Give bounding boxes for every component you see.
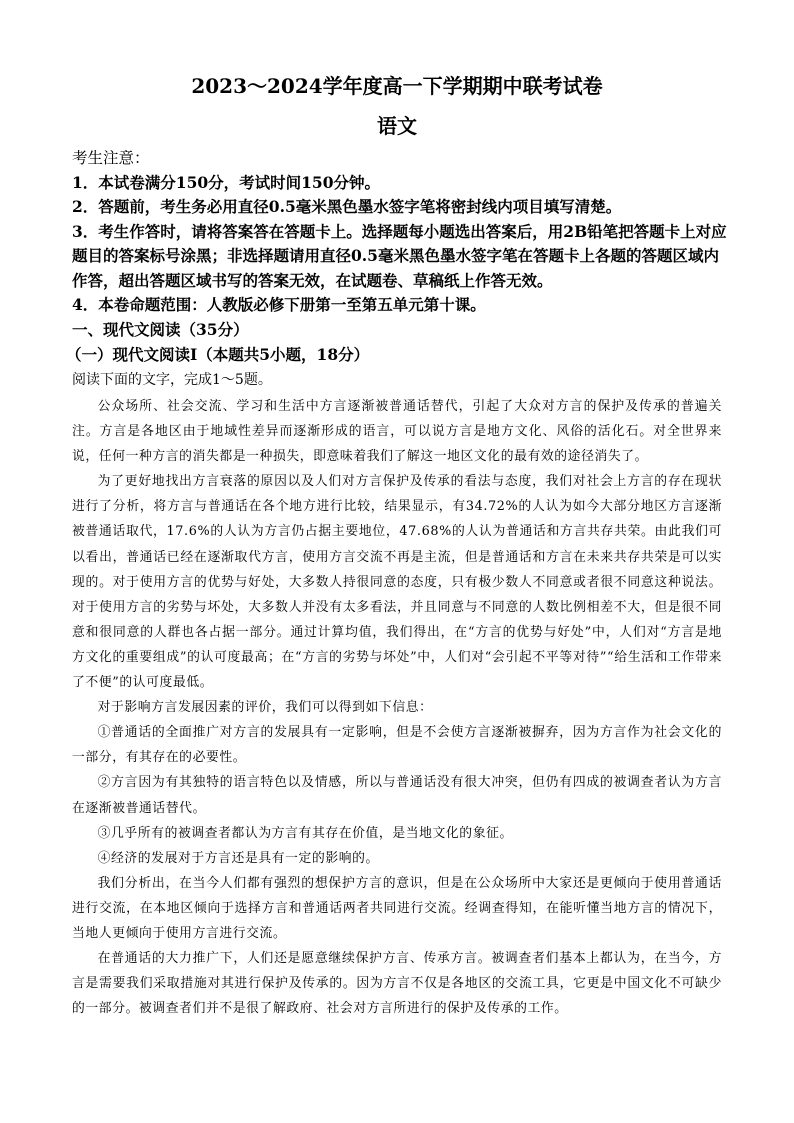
passage-paragraph: 对于影响方言发展因素的评价，我们可以得到如下信息： — [72, 695, 722, 720]
exam-page: 2023～2024学年度高一下学期期中联考试卷 语文 考生注意： 1．本试卷满分… — [0, 0, 794, 1123]
notice-item: 3．考生作答时，请将答案答在答题卡上。选择题每小题选出答案后，用2B铅笔把答题卡… — [72, 220, 732, 294]
exam-subject: 语文 — [0, 112, 794, 140]
notice-heading: 考生注意： — [72, 146, 732, 171]
reading-passage: 公众场所、社会交流、学习和生活中方言逐渐被普通话替代，引起了大众对方言的保护及传… — [72, 394, 722, 1021]
section-title: 一、现代文阅读（35分） — [72, 318, 732, 342]
passage-paragraph: ④经济的发展对于方言还是具有一定的影响的。 — [72, 846, 722, 871]
passage-paragraph: 在普通话的大力推广下，人们还是愿意继续保护方言、传承方言。被调查者们基本上都认为… — [72, 946, 722, 1021]
subsection-title: （一）现代文阅读Ⅰ（本题共5小题，18分） — [66, 343, 726, 367]
notice-item: 1．本试卷满分150分，考试时间150分钟。 — [72, 171, 732, 196]
passage-paragraph: 为了更好地找出方言衰落的原因以及人们对方言保护及传承的看法与态度，我们对社会上方… — [72, 469, 722, 695]
passage-paragraph: 公众场所、社会交流、学习和生活中方言逐渐被普通话替代，引起了大众对方言的保护及传… — [72, 394, 722, 469]
notice-item: 4．本卷命题范围：人教版必修下册第一至第五单元第十课。 — [72, 293, 732, 318]
reading-instruction: 阅读下面的文字，完成1～5题。 — [72, 368, 732, 392]
passage-paragraph: ③几乎所有的被调查者都认为方言有其存在价值，是当地文化的象征。 — [72, 821, 722, 846]
passage-paragraph: 我们分析出，在当今人们都有强烈的想保护方言的意识，但是在公众场所中大家还是更倾向… — [72, 871, 722, 946]
exam-notice: 考生注意： 1．本试卷满分150分，考试时间150分钟。 2．答题前，考生务必用… — [72, 146, 732, 318]
exam-title: 2023～2024学年度高一下学期期中联考试卷 — [0, 72, 794, 100]
passage-paragraph: ②方言因为有其独特的语言特色以及情感，所以与普通话没有很大冲突，但仍有四成的被调… — [72, 770, 722, 820]
passage-paragraph: ①普通话的全面推广对方言的发展具有一定影响，但是不会使方言逐渐被摒弃，因为方言作… — [72, 720, 722, 770]
notice-item: 2．答题前，考生务必用直径0.5毫米黑色墨水签字笔将密封线内项目填写清楚。 — [72, 195, 732, 220]
